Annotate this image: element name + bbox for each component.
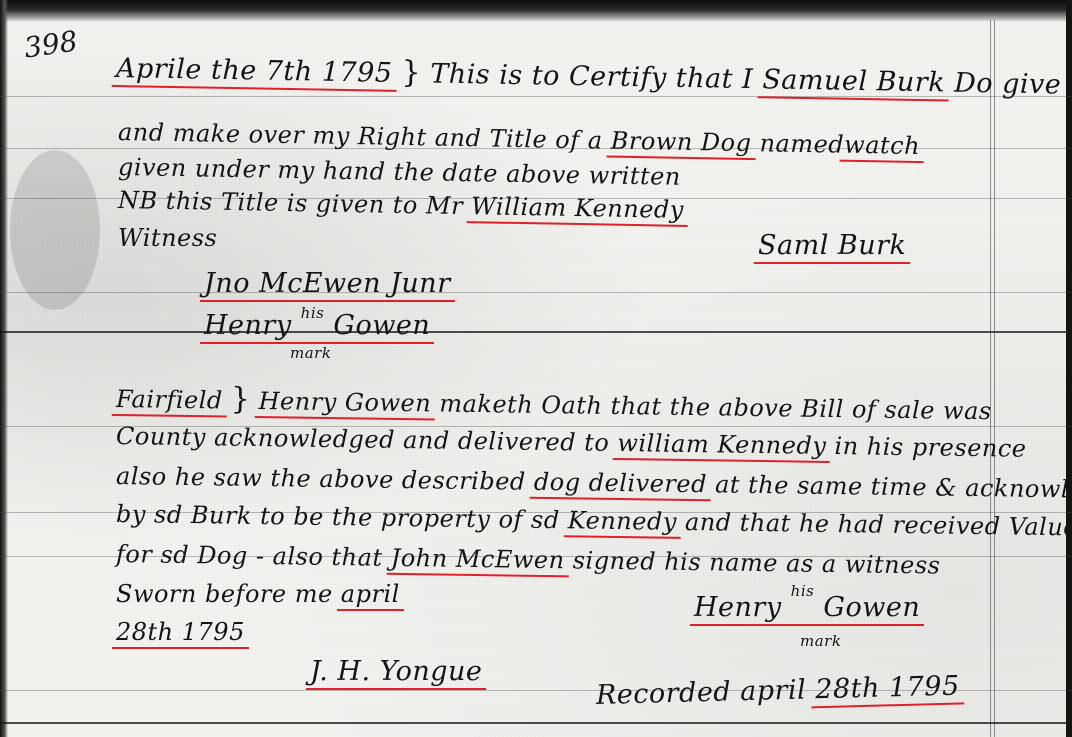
recorded-line: Recorded april 28th 1795	[596, 670, 960, 711]
dog-description: Brown Dog	[610, 127, 751, 157]
brace-glyph: }	[401, 55, 421, 90]
witness-2-first: Henry	[204, 310, 292, 341]
affiant-signature: Henry his Gowen	[694, 592, 920, 623]
oath-line-2: County acknowledged and delivered to wil…	[116, 422, 1027, 463]
oath-text: signed his name as a witness	[573, 546, 941, 579]
justice-signature: J. H. Yongue	[310, 656, 482, 687]
certificate-text: NB this Title is given to Mr	[118, 186, 464, 220]
certificate-text: Do give	[954, 68, 1062, 101]
margin-line	[994, 20, 995, 737]
affiant-signature-name: Henry his Gowen	[694, 592, 920, 623]
oath-text: by sd Burk to be the property of sd	[116, 500, 560, 534]
oath-line-5: for sd Dog - also that John McEwen signe…	[116, 540, 941, 580]
sworn-date: 28th 1795	[116, 618, 245, 646]
dog-name: watch	[844, 131, 920, 160]
witness-named: John McEwen	[391, 544, 565, 574]
county-label: County	[116, 422, 206, 451]
owner-name: Kennedy	[568, 506, 677, 536]
certificate-text: given under my hand the date above writt…	[118, 153, 681, 191]
certificate-line-4: NB this Title is given to Mr William Ken…	[118, 186, 684, 224]
his-annotation: his	[301, 304, 325, 322]
oath-line-4: by sd Burk to be the property of sd Kenn…	[116, 500, 1072, 541]
certificate-text: named	[759, 129, 844, 158]
oath-text: maketh Oath that the above Bill of sale …	[439, 390, 992, 426]
sworn-date-line: 28th 1795	[116, 618, 245, 646]
recorded-label: Recorded april	[596, 675, 807, 711]
sworn-month: april	[341, 580, 400, 608]
scan-smudge	[10, 150, 100, 310]
oath-text: at the same time & acknowledged	[715, 470, 1072, 504]
margin-line	[990, 20, 991, 737]
ruled-line	[0, 722, 1072, 724]
scan-top-shadow	[0, 0, 1072, 22]
recorded-date: 28th 1795	[815, 670, 960, 705]
witness-1-name: Jno McEwen Junr	[204, 268, 451, 299]
witness-2-last: Gowen	[333, 310, 430, 341]
oath-text: in his presence	[834, 432, 1026, 463]
witness-label: Witness	[118, 224, 217, 252]
oath-line-3: also he saw the above described dog deli…	[116, 462, 1072, 504]
brace-glyph: }	[231, 382, 251, 417]
oath-line-1: Fairfield } Henry Gowen maketh Oath that…	[116, 380, 992, 427]
scan-right-edge	[1066, 0, 1072, 737]
witness-2-name: Henry his Gowen	[204, 310, 430, 341]
certificate-date: Aprile the 7th 1795	[116, 53, 393, 89]
sworn-text: Sworn before me	[116, 580, 333, 608]
grantor-signature: Saml Burk	[758, 230, 906, 261]
affiant-name: Henry Gowen	[258, 387, 431, 417]
scan-left-edge	[0, 0, 8, 737]
certificate-line-1: Aprile the 7th 1795 } This is to Certify…	[116, 50, 1062, 101]
oath-text: and that he had received Value	[685, 508, 1072, 541]
dog-delivered: dog delivered	[534, 468, 707, 498]
his-annotation: his	[791, 582, 815, 600]
certificate-text: This is to Certify that I	[430, 58, 754, 95]
ruled-line	[0, 292, 1072, 293]
ruled-line	[0, 331, 1072, 333]
affiant-last: Gowen	[823, 592, 920, 623]
oath-text: also he saw the above described	[116, 462, 526, 496]
affiant-first: Henry	[694, 592, 782, 623]
page-number: 398	[22, 24, 80, 64]
grantor-name: Samuel Burk	[762, 64, 945, 98]
recipient-name: william Kennedy	[617, 429, 826, 460]
witness-2-signature: Henry his Gowen	[204, 310, 430, 341]
grantor-signature-text: Saml Burk	[758, 230, 906, 261]
certificate-line-2: and make over my Right and Title of a Br…	[118, 118, 921, 160]
certificate-line-3: given under my hand the date above writt…	[118, 153, 681, 191]
oath-text: acknowledged and delivered to	[214, 423, 610, 457]
witness-2-mark: mark	[290, 344, 331, 362]
witness-1-signature: Jno McEwen Junr	[204, 268, 451, 299]
affiant-mark: mark	[800, 632, 841, 650]
county-name: Fairfield	[116, 385, 223, 414]
sworn-line: Sworn before me april	[116, 580, 400, 608]
grantee-name: William Kennedy	[471, 192, 684, 224]
document-page: 398 Aprile the 7th 1795 } This is to Cer…	[0, 0, 1072, 737]
oath-text: for sd Dog - also that	[116, 540, 383, 572]
justice-name: J. H. Yongue	[310, 656, 482, 687]
